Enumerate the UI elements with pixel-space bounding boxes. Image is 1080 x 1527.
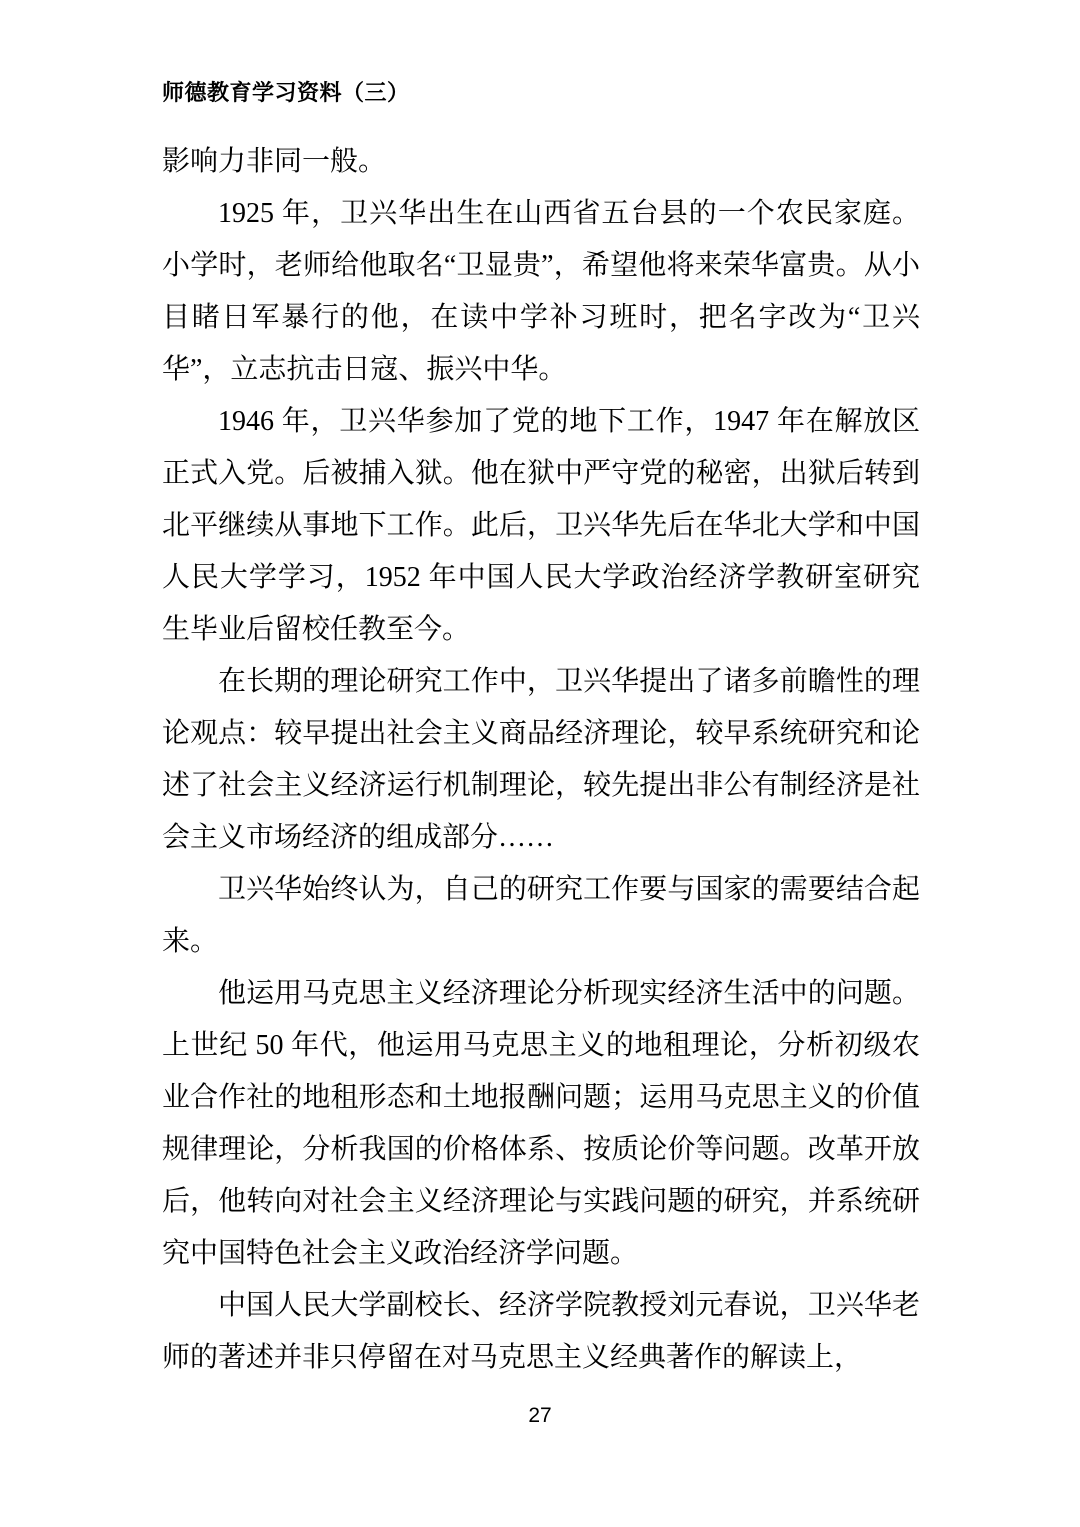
header-title: 师德教育学习资料（三）: [162, 80, 410, 105]
paragraph-influence: 影响力非同一般。: [162, 136, 920, 188]
paragraph-underground-1946: 1946 年，卫兴华参加了党的地下工作，1947 年在解放区正式入党。后被捕入狱…: [162, 396, 920, 656]
paragraph-belief: 卫兴华始终认为，自己的研究工作要与国家的需要结合起来。: [162, 864, 920, 968]
paragraph-birth-1925: 1925 年，卫兴华出生在山西省五台县的一个农民家庭。小学时，老师给他取名“卫显…: [162, 188, 920, 396]
document-header: 师德教育学习资料（三）: [162, 76, 410, 107]
document-body: 影响力非同一般。 1925 年，卫兴华出生在山西省五台县的一个农民家庭。小学时，…: [162, 136, 920, 1384]
document-page: 师德教育学习资料（三） 影响力非同一般。 1925 年，卫兴华出生在山西省五台县…: [0, 0, 1080, 1527]
paragraph-marxist-economics: 他运用马克思主义经济理论分析现实经济生活中的问题。上世纪 50 年代，他运用马克…: [162, 968, 920, 1280]
page-number: 27: [0, 1404, 1080, 1428]
paragraph-theory-research: 在长期的理论研究工作中，卫兴华提出了诸多前瞻性的理论观点：较早提出社会主义商品经…: [162, 656, 920, 864]
paragraph-liu-yuanchun-quote: 中国人民大学副校长、经济学院教授刘元春说，卫兴华老师的著述并非只停留在对马克思主…: [162, 1280, 920, 1384]
